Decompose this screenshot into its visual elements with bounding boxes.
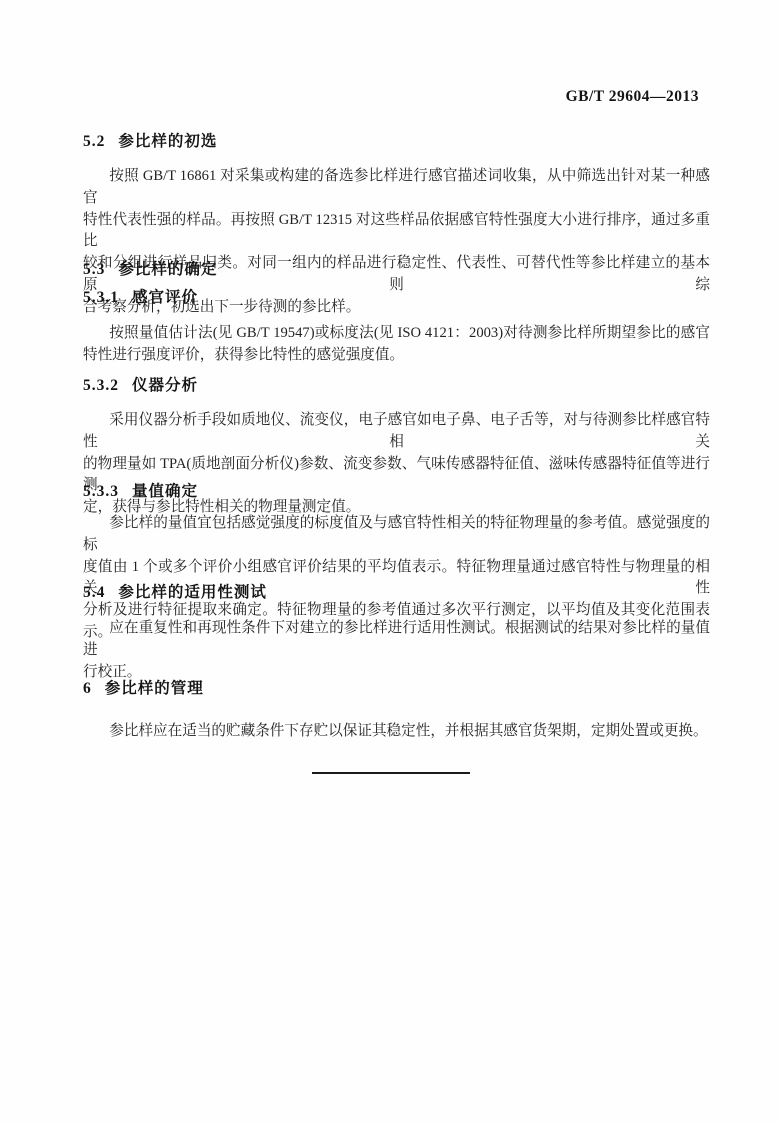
section-number: 5.3.1 (83, 289, 119, 307)
para-line: 按照 GB/T 16861 对采集或构建的备选参比样进行感官描述词收集，从中筛选… (83, 166, 710, 210)
para-line: 特性代表性强的样品。再按照 GB/T 12315 对这些样品依据感官特性强度大小… (83, 210, 710, 254)
para-line: 参比样应在适当的贮藏条件下存贮以保证其稳定性，并根据其感官货架期，定期处置或更换… (83, 721, 710, 743)
section-heading-5-3-1: 5.3.1感官评价 (83, 289, 710, 307)
section-title: 参比样的管理 (105, 680, 204, 697)
section-heading-5-3-3: 5.3.3量值确定 (83, 483, 710, 501)
end-of-text-rule (312, 772, 470, 774)
paragraph-5-4: 应在重复性和再现性条件下对建立的参比样进行适用性测试。根据测试的结果对参比样的量… (83, 618, 710, 683)
standard-code: GB/T 29604—2013 (566, 88, 699, 106)
section-heading-5-3-2: 5.3.2仪器分析 (83, 377, 710, 395)
section-title: 参比样的确定 (118, 261, 217, 278)
paragraph-5-3-2: 采用仪器分析手段如质地仪、流变仪，电子感官如电子鼻、电子舌等，对与待测参比样感官… (83, 410, 710, 519)
para-line: 应在重复性和再现性条件下对建立的参比样进行适用性测试。根据测试的结果对参比样的量… (83, 618, 710, 662)
section-number: 6 (83, 680, 92, 698)
para-line: 特性进行强度评价，获得参比特性的感觉强度值。 (83, 345, 710, 367)
section-number: 5.3.2 (83, 377, 119, 395)
section-heading-5-3: 5.3参比样的确定 (83, 261, 710, 279)
section-number: 5.4 (83, 584, 105, 602)
section-heading-5-4: 5.4参比样的适用性测试 (83, 584, 710, 602)
section-number: 5.3 (83, 261, 105, 279)
section-title: 感官评价 (132, 289, 198, 306)
section-number: 5.3.3 (83, 483, 119, 501)
section-title: 参比样的初选 (118, 133, 217, 150)
para-line: 按照量值估计法(见 GB/T 19547)或标度法(见 ISO 4121：200… (83, 323, 710, 345)
section-heading-5-2: 5.2参比样的初选 (83, 133, 710, 151)
section-title: 量值确定 (132, 483, 198, 500)
section-heading-6: 6参比样的管理 (83, 680, 710, 698)
paragraph-6: 参比样应在适当的贮藏条件下存贮以保证其稳定性，并根据其感官货架期，定期处置或更换… (83, 721, 710, 743)
section-title: 仪器分析 (132, 377, 198, 394)
document-page: GB/T 29604—2013 5.2参比样的初选 按照 GB/T 16861 … (0, 0, 778, 1122)
para-line: 采用仪器分析手段如质地仪、流变仪，电子感官如电子鼻、电子舌等，对与待测参比样感官… (83, 410, 710, 454)
section-title: 参比样的适用性测试 (118, 584, 267, 601)
paragraph-5-3-1: 按照量值估计法(见 GB/T 19547)或标度法(见 ISO 4121：200… (83, 323, 710, 367)
para-line: 参比样的量值宜包括感觉强度的标度值及与感官特性相关的特征物理量的参考值。感觉强度… (83, 513, 710, 557)
section-number: 5.2 (83, 133, 105, 151)
